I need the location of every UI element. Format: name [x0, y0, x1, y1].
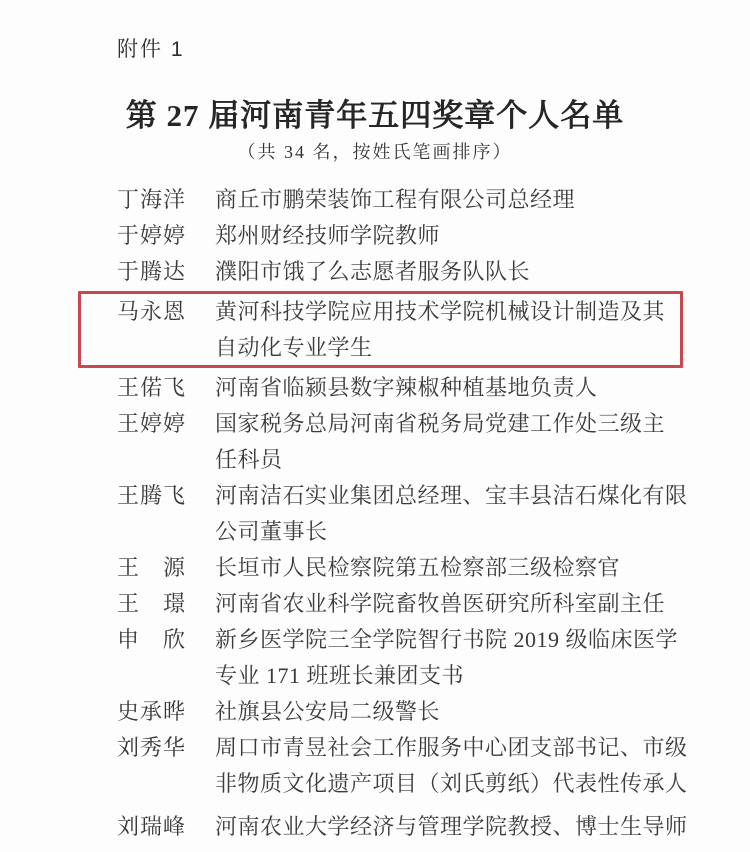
list-item: 刘秀华周口市青昱社会工作服务中心团支部书记、市级非物质文化遗产项目（刘氏剪纸）代…	[117, 730, 750, 802]
award-list: 丁海洋商丘市鹏荣装饰工程有限公司总经理于婷婷郑州财经技师学院教师于腾达濮阳市饿了…	[117, 182, 750, 845]
description-line: 专业 171 班班长兼团支书	[215, 658, 750, 694]
person-name: 丁海洋	[117, 182, 197, 218]
person-description: 社旗县公安局二级警长	[215, 694, 750, 730]
list-item: 申 欣新乡医学院三全学院智行书院 2019 级临床医学专业 171 班班长兼团支…	[117, 622, 750, 694]
person-name: 刘秀华	[117, 730, 197, 766]
subtitle: （共 34 名，按姓氏笔画排序）	[0, 138, 750, 164]
person-name: 于婷婷	[117, 218, 197, 254]
page-title: 第 27 届河南青年五四奖章个人名单	[0, 90, 750, 135]
person-description: 国家税务总局河南省税务局党建工作处三级主任科员	[215, 406, 750, 478]
person-description: 郑州财经技师学院教师	[215, 218, 750, 254]
person-description: 长垣市人民检察院第五检察部三级检察官	[215, 550, 750, 586]
description-line: 非物质文化遗产项目（刘氏剪纸）代表性传承人	[215, 766, 750, 802]
person-name: 王 璟	[117, 586, 197, 622]
person-description: 河南洁石实业集团总经理、宝丰县洁石煤化有限公司董事长	[215, 478, 750, 550]
description-line: 河南省农业科学院畜牧兽医研究所科室副主任	[215, 586, 750, 622]
list-item: 王婷婷国家税务总局河南省税务局党建工作处三级主任科员	[117, 406, 750, 478]
list-item: 马永恩黄河科技学院应用技术学院机械设计制造及其自动化专业学生	[117, 294, 750, 366]
person-description: 黄河科技学院应用技术学院机械设计制造及其自动化专业学生	[215, 294, 750, 366]
list-item: 王 源长垣市人民检察院第五检察部三级检察官	[117, 550, 750, 586]
person-description: 商丘市鹏荣装饰工程有限公司总经理	[215, 182, 750, 218]
person-name: 刘瑞峰	[117, 809, 197, 845]
description-line: 国家税务总局河南省税务局党建工作处三级主	[215, 406, 750, 442]
person-description: 新乡医学院三全学院智行书院 2019 级临床医学专业 171 班班长兼团支书	[215, 622, 750, 694]
person-name: 马永恩	[117, 294, 197, 330]
list-item: 于腾达濮阳市饿了么志愿者服务队队长	[117, 254, 750, 290]
description-line: 公司董事长	[215, 514, 750, 550]
description-line: 河南洁石实业集团总经理、宝丰县洁石煤化有限	[215, 478, 750, 514]
description-line: 濮阳市饿了么志愿者服务队队长	[215, 254, 750, 290]
description-line: 河南省临颍县数字辣椒种植基地负责人	[215, 370, 750, 406]
list-item: 王腾飞河南洁石实业集团总经理、宝丰县洁石煤化有限公司董事长	[117, 478, 750, 550]
person-name: 申 欣	[117, 622, 197, 658]
description-line: 商丘市鹏荣装饰工程有限公司总经理	[215, 182, 750, 218]
description-line: 新乡医学院三全学院智行书院 2019 级临床医学	[215, 622, 750, 658]
person-description: 河南省农业科学院畜牧兽医研究所科室副主任	[215, 586, 750, 622]
person-description: 河南省临颍县数字辣椒种植基地负责人	[215, 370, 750, 406]
description-line: 郑州财经技师学院教师	[215, 218, 750, 254]
description-line: 黄河科技学院应用技术学院机械设计制造及其	[215, 294, 750, 330]
person-name: 史承晔	[117, 694, 197, 730]
document-page: 附件 1 第 27 届河南青年五四奖章个人名单 （共 34 名，按姓氏笔画排序）…	[0, 0, 750, 852]
description-line: 河南农业大学经济与管理学院教授、博士生导师	[215, 809, 750, 845]
person-name: 王 源	[117, 550, 197, 586]
description-line: 自动化专业学生	[215, 330, 750, 366]
description-line: 社旗县公安局二级警长	[215, 694, 750, 730]
person-name: 于腾达	[117, 254, 197, 290]
person-name: 王腾飞	[117, 478, 197, 514]
list-item: 史承晔社旗县公安局二级警长	[117, 694, 750, 730]
person-description: 河南农业大学经济与管理学院教授、博士生导师	[215, 809, 750, 845]
list-item: 丁海洋商丘市鹏荣装饰工程有限公司总经理	[117, 182, 750, 218]
person-name: 王偌飞	[117, 370, 197, 406]
description-line: 长垣市人民检察院第五检察部三级检察官	[215, 550, 750, 586]
list-item: 刘瑞峰河南农业大学经济与管理学院教授、博士生导师	[117, 809, 750, 845]
description-line: 周口市青昱社会工作服务中心团支部书记、市级	[215, 730, 750, 766]
attachment-label: 附件 1	[117, 33, 185, 63]
person-description: 濮阳市饿了么志愿者服务队队长	[215, 254, 750, 290]
person-name: 王婷婷	[117, 406, 197, 442]
list-item: 于婷婷郑州财经技师学院教师	[117, 218, 750, 254]
person-description: 周口市青昱社会工作服务中心团支部书记、市级非物质文化遗产项目（刘氏剪纸）代表性传…	[215, 730, 750, 802]
description-line: 任科员	[215, 442, 750, 478]
list-item: 王偌飞河南省临颍县数字辣椒种植基地负责人	[117, 370, 750, 406]
list-item: 王 璟河南省农业科学院畜牧兽医研究所科室副主任	[117, 586, 750, 622]
